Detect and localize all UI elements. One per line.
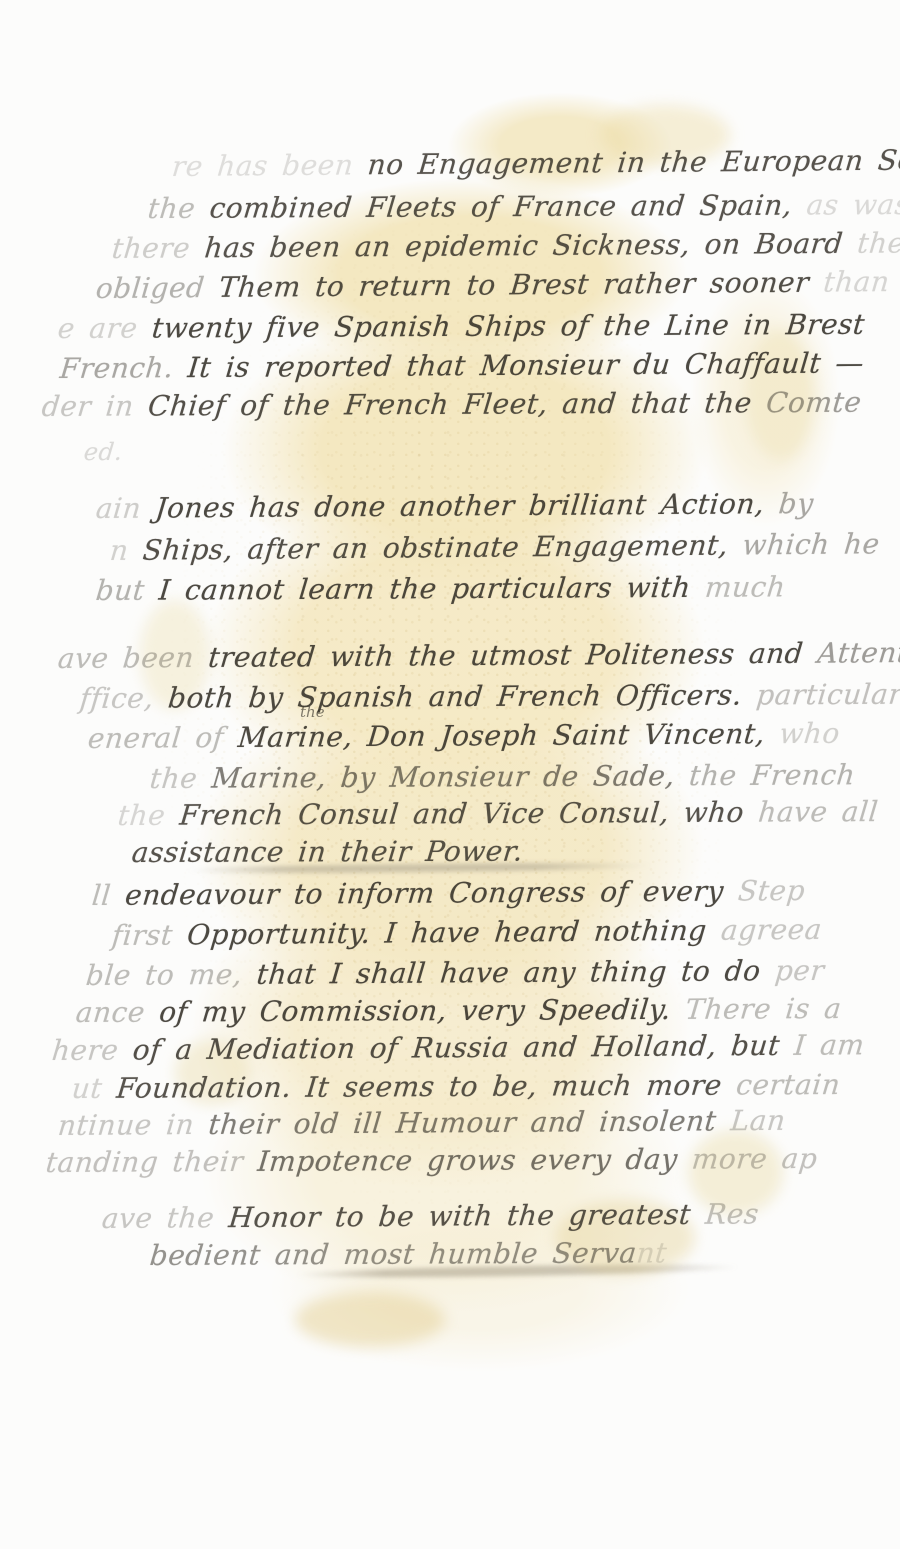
handwriting-line: ll endeavour to inform Congress of every… [90, 874, 806, 912]
handwriting-segment: ave the [100, 1201, 230, 1235]
handwriting-segment: ed. [83, 438, 125, 466]
handwriting-line: obliged Them to return to Brest rather s… [94, 265, 891, 305]
handwriting-segment: the [856, 226, 900, 259]
handwriting-segment: the [146, 192, 211, 225]
handwriting-segment: n [108, 534, 144, 567]
handwriting-line: ed. [83, 438, 125, 466]
handwriting-line: der in Chief of the French Fleet, and th… [40, 386, 863, 423]
handwriting-segment: ntinue in [56, 1108, 210, 1142]
handwriting-line: French. It is reported that Monsieur du … [58, 346, 865, 385]
handwriting-line: ave the Honor to be with the greatest Re… [100, 1197, 760, 1235]
handwriting-segment: Lan [729, 1104, 787, 1137]
handwriting-segment: ance [74, 996, 161, 1029]
handwriting-segment: has been an epidemic Sickness, on Board [203, 227, 859, 265]
handwriting-line: here of a Mediation of Russia and Hollan… [50, 1028, 866, 1067]
manuscript-text: the re has been no Engagement in the Eur… [0, 0, 900, 1549]
handwriting-segment: ave been [56, 641, 210, 675]
handwriting-line: ain Jones has done another brilliant Act… [94, 487, 815, 525]
handwriting-segment: which he [741, 527, 881, 561]
handwriting-segment: re has been [170, 148, 369, 183]
handwriting-line: first Opportunity. I have heard nothing … [110, 913, 823, 952]
handwriting-segment: nt [635, 1236, 669, 1269]
handwriting-segment: the [116, 799, 181, 832]
handwriting-line: the combined Fleets of France and Spain,… [146, 188, 900, 225]
handwriting-segment: Comte [765, 386, 863, 420]
handwriting-segment: of my Commission, very Speedily. [158, 993, 687, 1029]
handwriting-segment: no Engagement in the European Sea [366, 143, 900, 181]
handwriting-line: e are twenty five Spanish Ships of the L… [56, 308, 866, 345]
handwriting-line: there has been an epidemic Sickness, on … [110, 226, 900, 265]
handwriting-line: the French Consul and Vice Consul, who h… [116, 795, 879, 832]
handwriting-segment: Honor to be with the greatest [227, 1198, 707, 1234]
handwriting-segment: French Consul and Vice Consul, who [178, 796, 760, 832]
handwriting-segment: ain [94, 492, 157, 525]
handwriting-segment: here [50, 1033, 134, 1067]
handwriting-segment: der in [40, 389, 149, 423]
handwriting-segment: assistance in their Power. [130, 835, 525, 869]
handwriting-segment: Them to return to Brest rather sooner [217, 266, 825, 304]
handwriting-line: ance of my Commission, very Speedily. Th… [74, 992, 843, 1029]
handwriting-segment: that I shall have any thing to do [255, 954, 776, 991]
handwriting-segment: there [110, 231, 206, 265]
handwriting-segment: particularly [755, 678, 900, 712]
handwriting-segment: ut [70, 1072, 118, 1105]
handwriting-segment: agreea [720, 913, 824, 947]
handwriting-segment: their old ill Humour and insolent [207, 1104, 732, 1141]
handwriting-line: assistance in their Power. [130, 835, 525, 869]
handwriting-segment: but [94, 574, 160, 607]
scanned-letter-page: the re has been no Engagement in the Eur… [0, 0, 900, 1549]
handwriting-segment: first [110, 918, 188, 952]
handwriting-segment: treated with the utmost Politeness and [207, 637, 819, 674]
handwriting-segment: ll [90, 879, 127, 912]
handwriting-line: ffice, both by Spanish and French Office… [78, 678, 900, 715]
handwriting-line: the Marine, by Monsieur de Sade, the Fre… [148, 758, 857, 795]
handwriting-line: re has been no Engagement in the Europea… [170, 143, 900, 183]
handwriting-segment: of a Mediation of Russia and Holland, bu… [131, 1029, 796, 1067]
handwriting-segment: who [778, 717, 842, 750]
handwriting-segment: Marine, by Monsieur de Sade, [210, 759, 691, 795]
handwriting-segment: It is reported that Monsieur du Chaffaul… [186, 346, 865, 384]
handwriting-segment: I am [793, 1028, 866, 1062]
handwriting-line: n Ships, after an obstinate Engagement, … [108, 527, 881, 567]
handwriting-segment: e are [56, 311, 153, 345]
handwriting-line: ut Foundation. It seems to be, much more… [70, 1068, 842, 1105]
handwriting-line: eneral of Marine, Don Joseph Saint Vince… [86, 717, 841, 755]
handwriting-segment: Marine, Don Joseph Saint Vincent, [237, 717, 782, 754]
handwriting-segment: bedient and most humble Serva [148, 1236, 638, 1272]
handwriting-segment: obliged [94, 271, 220, 305]
handwriting-line: tanding their Impotence grows every day … [44, 1142, 819, 1179]
handwriting-segment: more ap [690, 1142, 819, 1176]
handwriting-segment: French. [58, 351, 189, 385]
handwriting-segment: much [704, 570, 788, 603]
handwriting-segment: Foundation. It seems to be, much more [115, 1069, 738, 1105]
handwriting-segment: Res [704, 1197, 761, 1230]
handwriting-segment: both by Spanish and French Officers. [167, 678, 759, 714]
handwriting-segment: certain [735, 1068, 842, 1102]
handwriting-segment: twenty five Spanish Ships of the Line in… [150, 308, 866, 345]
handwriting-segment: combined Fleets of France and Spain, [208, 189, 808, 225]
handwriting-segment: Opportunity. I have heard nothing [186, 914, 723, 952]
handwriting-segment: the French [688, 758, 857, 792]
handwriting-segment: tanding their [44, 1145, 259, 1179]
handwriting-line: but I cannot learn the particulars with … [94, 570, 787, 607]
handwriting-segment: ble to me, [84, 958, 258, 992]
handwriting-line: ntinue in their old ill Humour and insol… [56, 1104, 787, 1142]
handwriting-segment: than [822, 265, 891, 299]
handwriting-segment: Attention [816, 636, 900, 670]
handwriting-line: ble to me, that I shall have any thing t… [84, 954, 826, 992]
handwriting-segment: Chief of the French Fleet, and that the [147, 386, 768, 422]
handwriting-segment: by [777, 487, 815, 520]
handwriting-segment: eneral of [86, 721, 239, 755]
handwriting-segment: the [148, 762, 213, 795]
handwriting-segment: endeavour to inform Congress of every [124, 874, 740, 911]
handwriting-segment: There is a [684, 992, 843, 1026]
handwriting-segment: have all [757, 795, 880, 829]
handwriting-segment: Step [737, 874, 807, 907]
handwriting-segment: as was [805, 188, 900, 222]
handwriting-line: ave been treated with the utmost Politen… [56, 636, 900, 675]
handwriting-segment: I cannot learn the particulars with [157, 571, 706, 607]
handwriting-segment: per [773, 954, 826, 987]
handwriting-segment: Jones has done another brilliant Action, [154, 487, 781, 524]
handwriting-segment: Impotence grows every day [256, 1143, 693, 1178]
handwriting-segment: ffice, [78, 682, 170, 715]
handwriting-segment: Ships, after an obstinate Engagement, [141, 528, 744, 566]
handwriting-line: bedient and most humble Servant [148, 1236, 668, 1272]
